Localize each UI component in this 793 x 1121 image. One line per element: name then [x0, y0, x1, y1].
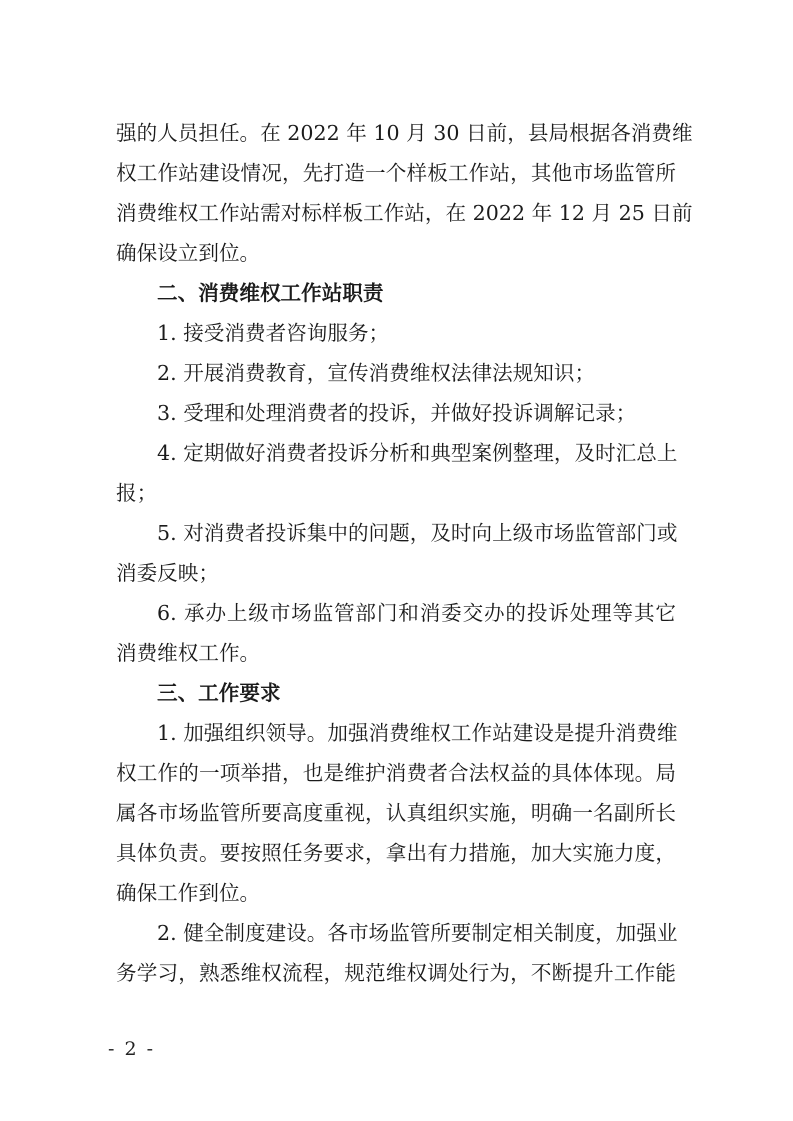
document-body: 强的人员担任。在 2022 年 10 月 30 日前，县局根据各消费维 权工作站… [116, 113, 676, 993]
list-item-continuation: 报； [116, 473, 676, 513]
paragraph-line: 确保设立到位。 [116, 233, 676, 273]
page-number: - 2 - [108, 1038, 155, 1060]
list-item: 3. 受理和处理消费者的投诉，并做好投诉调解记录； [116, 393, 676, 433]
paragraph-line: 属各市场监管所要高度重视，认真组织实施，明确一名副所长 [116, 793, 676, 833]
section-heading-requirements: 三、工作要求 [116, 673, 676, 713]
section-heading-duties: 二、消费维权工作站职责 [116, 273, 676, 313]
paragraph-line: 权工作站建设情况，先打造一个样板工作站，其他市场监管所 [116, 153, 676, 193]
paragraph-line: 权工作的一项举措，也是维护消费者合法权益的具体体现。局 [116, 753, 676, 793]
list-item: 6. 承办上级市场监管部门和消委交办的投诉处理等其它 [116, 593, 676, 633]
paragraph-line: 确保工作到位。 [116, 873, 676, 913]
paragraph-line: 1. 加强组织领导。加强消费维权工作站建设是提升消费维 [116, 713, 676, 753]
paragraph-line: 强的人员担任。在 2022 年 10 月 30 日前，县局根据各消费维 [116, 113, 676, 153]
paragraph-line: 消费维权工作站需对标样板工作站，在 2022 年 12 月 25 日前 [116, 193, 676, 233]
list-item-continuation: 消委反映； [116, 553, 676, 593]
paragraph-line: 2. 健全制度建设。各市场监管所要制定相关制度，加强业 [116, 913, 676, 953]
paragraph-line: 具体负责。要按照任务要求，拿出有力措施，加大实施力度， [116, 833, 676, 873]
list-item-continuation: 消费维权工作。 [116, 633, 676, 673]
list-item: 5. 对消费者投诉集中的问题，及时向上级市场监管部门或 [116, 513, 676, 553]
list-item: 4. 定期做好消费者投诉分析和典型案例整理，及时汇总上 [116, 433, 676, 473]
list-item: 2. 开展消费教育，宣传消费维权法律法规知识； [116, 353, 676, 393]
list-item: 1. 接受消费者咨询服务； [116, 313, 676, 353]
paragraph-line: 务学习，熟悉维权流程，规范维权调处行为，不断提升工作能 [116, 953, 676, 993]
